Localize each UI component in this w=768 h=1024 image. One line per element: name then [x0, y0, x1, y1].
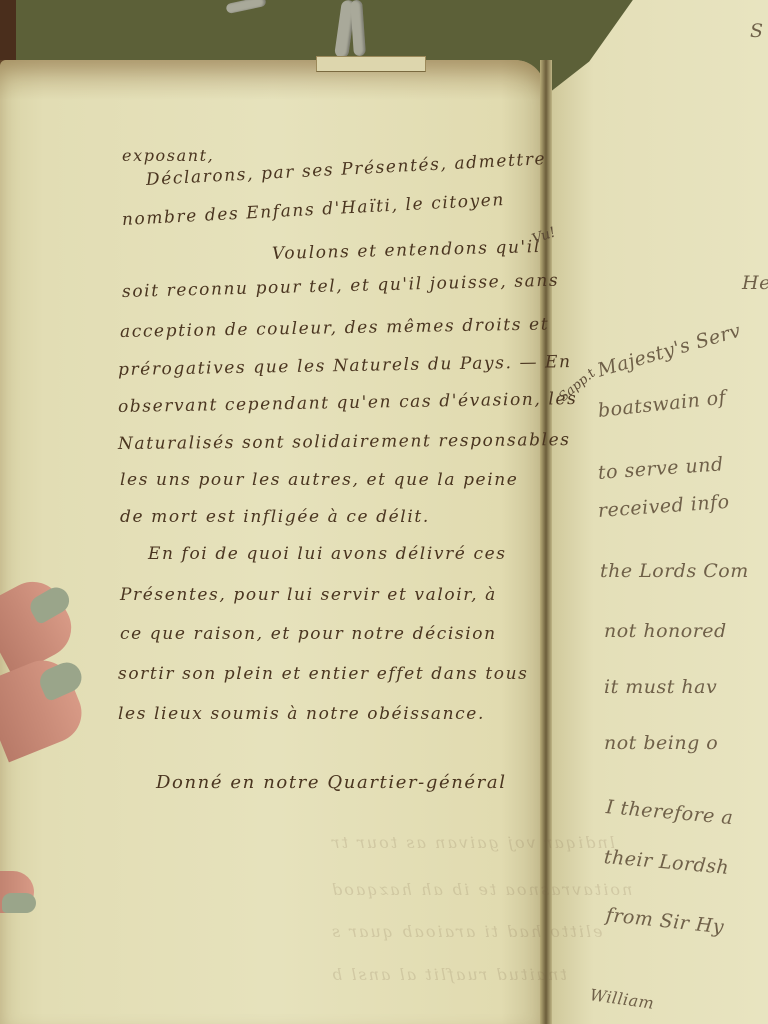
- manuscript-line: les lieux soumis à notre obéissance.: [118, 704, 485, 724]
- bleed-through-text: tnaitud ruaflit al ansl b: [330, 965, 567, 984]
- manuscript-line: He: [742, 272, 768, 294]
- bleed-through-text: noitavrasnoa te ib ah hazqaod: [330, 880, 632, 899]
- page-tab: [316, 56, 426, 72]
- manuscript-line: the Lords Com: [600, 560, 749, 582]
- fingernail: [2, 893, 36, 913]
- manuscript-line: En foi de quoi lui avons délivré ces: [148, 544, 507, 564]
- manuscript-line: exposant,: [122, 146, 214, 165]
- manuscript-line: not honored: [604, 620, 727, 642]
- manuscript-line: it must hav: [604, 676, 717, 698]
- bleed-through-text: lndiqar voj gaivan as tour tr: [330, 833, 615, 852]
- manuscript-line: Naturalisés sont solidairement responsab…: [118, 430, 571, 454]
- manuscript-line: not being o: [604, 732, 718, 754]
- manuscript-line: sortir son plein et entier effet dans to…: [118, 664, 529, 684]
- hand: [0, 585, 90, 915]
- manuscript-line: Donné en notre Quartier-général: [156, 772, 507, 793]
- manuscript-line: les uns pour les autres, et que la peine: [120, 470, 518, 490]
- manuscript-line: ce que raison, et pour notre décision: [120, 624, 497, 644]
- manuscript-line: Présentes, pour lui servir et valoir, à: [120, 585, 497, 605]
- manuscript-line: de mort est infligée à ce délit.: [120, 507, 430, 527]
- manuscript-line: S: [750, 20, 764, 42]
- bleed-through-text: elitto had ti araioab quar s: [330, 922, 602, 941]
